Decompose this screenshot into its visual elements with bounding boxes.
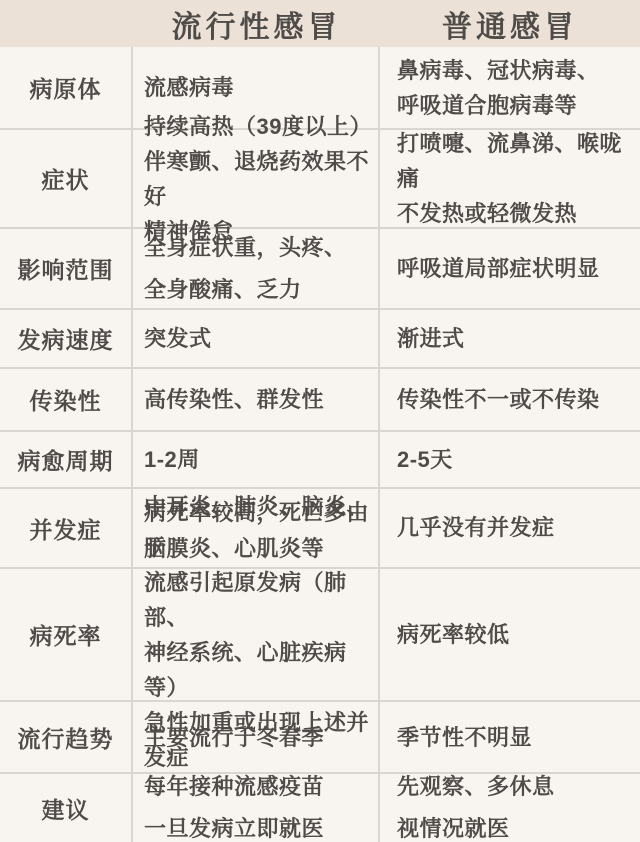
row-label: 流行趋势: [0, 702, 133, 772]
flu-cell: 全身症状重，头疼、 全身酸痛、乏力: [133, 229, 380, 308]
cold-cell: 传染性不一或不传染: [380, 369, 640, 430]
cold-cell: 鼻病毒、冠状病毒、 呼吸道合胞病毒等: [380, 47, 640, 128]
flu-cell: 每年接种流感疫苗 一旦发病立即就医: [133, 774, 380, 842]
table-row: 症状 持续高热（39度以上） 伴寒颤、退烧药效果不好 精神倦怠 打喷嚏、流鼻涕、…: [0, 128, 640, 227]
row-label: 并发症: [0, 489, 133, 567]
cold-cell: 渐进式: [380, 310, 640, 367]
cold-cell: 2-5天: [380, 432, 640, 487]
cold-cell: 病死率较低: [380, 569, 640, 700]
row-label: 建议: [0, 774, 133, 842]
flu-cell: 突发式: [133, 310, 380, 367]
table-row: 传染性 高传染性、群发性 传染性不一或不传染: [0, 367, 640, 430]
cold-cell: 几乎没有并发症: [380, 489, 640, 567]
table-row: 影响范围 全身症状重，头疼、 全身酸痛、乏力 呼吸道局部症状明显: [0, 227, 640, 308]
header-spacer: [0, 0, 133, 47]
flu-cell: 持续高热（39度以上） 伴寒颤、退烧药效果不好 精神倦怠: [133, 130, 380, 227]
row-label: 发病速度: [0, 310, 133, 367]
table-row: 病死率 病死率较高，死亡多由于 流感引起原发病（肺部、 神经系统、心脏疾病等） …: [0, 567, 640, 700]
cold-cell: 季节性不明显: [380, 702, 640, 772]
column-header-flu: 流行性感冒: [133, 0, 380, 47]
header-row: 流行性感冒 普通感冒: [0, 0, 640, 47]
row-label: 传染性: [0, 369, 133, 430]
flu-cell: 高传染性、群发性: [133, 369, 380, 430]
flu-cell: 1-2周: [133, 432, 380, 487]
cold-cell: 先观察、多休息 视情况就医: [380, 774, 640, 842]
column-header-cold: 普通感冒: [380, 0, 640, 47]
table-row: 发病速度 突发式 渐进式: [0, 308, 640, 367]
table-row: 流行趋势 主要流行于冬春季 季节性不明显: [0, 700, 640, 772]
comparison-table: 流行性感冒 普通感冒 病原体 流感病毒 鼻病毒、冠状病毒、 呼吸道合胞病毒等 症…: [0, 0, 640, 842]
row-label: 病原体: [0, 47, 133, 128]
cold-cell: 呼吸道局部症状明显: [380, 229, 640, 308]
table-row: 病愈周期 1-2周 2-5天: [0, 430, 640, 487]
row-label: 病愈周期: [0, 432, 133, 487]
flu-cell: 病死率较高，死亡多由于 流感引起原发病（肺部、 神经系统、心脏疾病等） 急性加重…: [133, 569, 380, 700]
row-label: 影响范围: [0, 229, 133, 308]
cold-cell: 打喷嚏、流鼻涕、喉咙痛 不发热或轻微发热: [380, 130, 640, 227]
row-label: 病死率: [0, 569, 133, 700]
row-label: 症状: [0, 130, 133, 227]
flu-cell: 主要流行于冬春季: [133, 702, 380, 772]
table-row: 建议 每年接种流感疫苗 一旦发病立即就医 先观察、多休息 视情况就医: [0, 772, 640, 842]
